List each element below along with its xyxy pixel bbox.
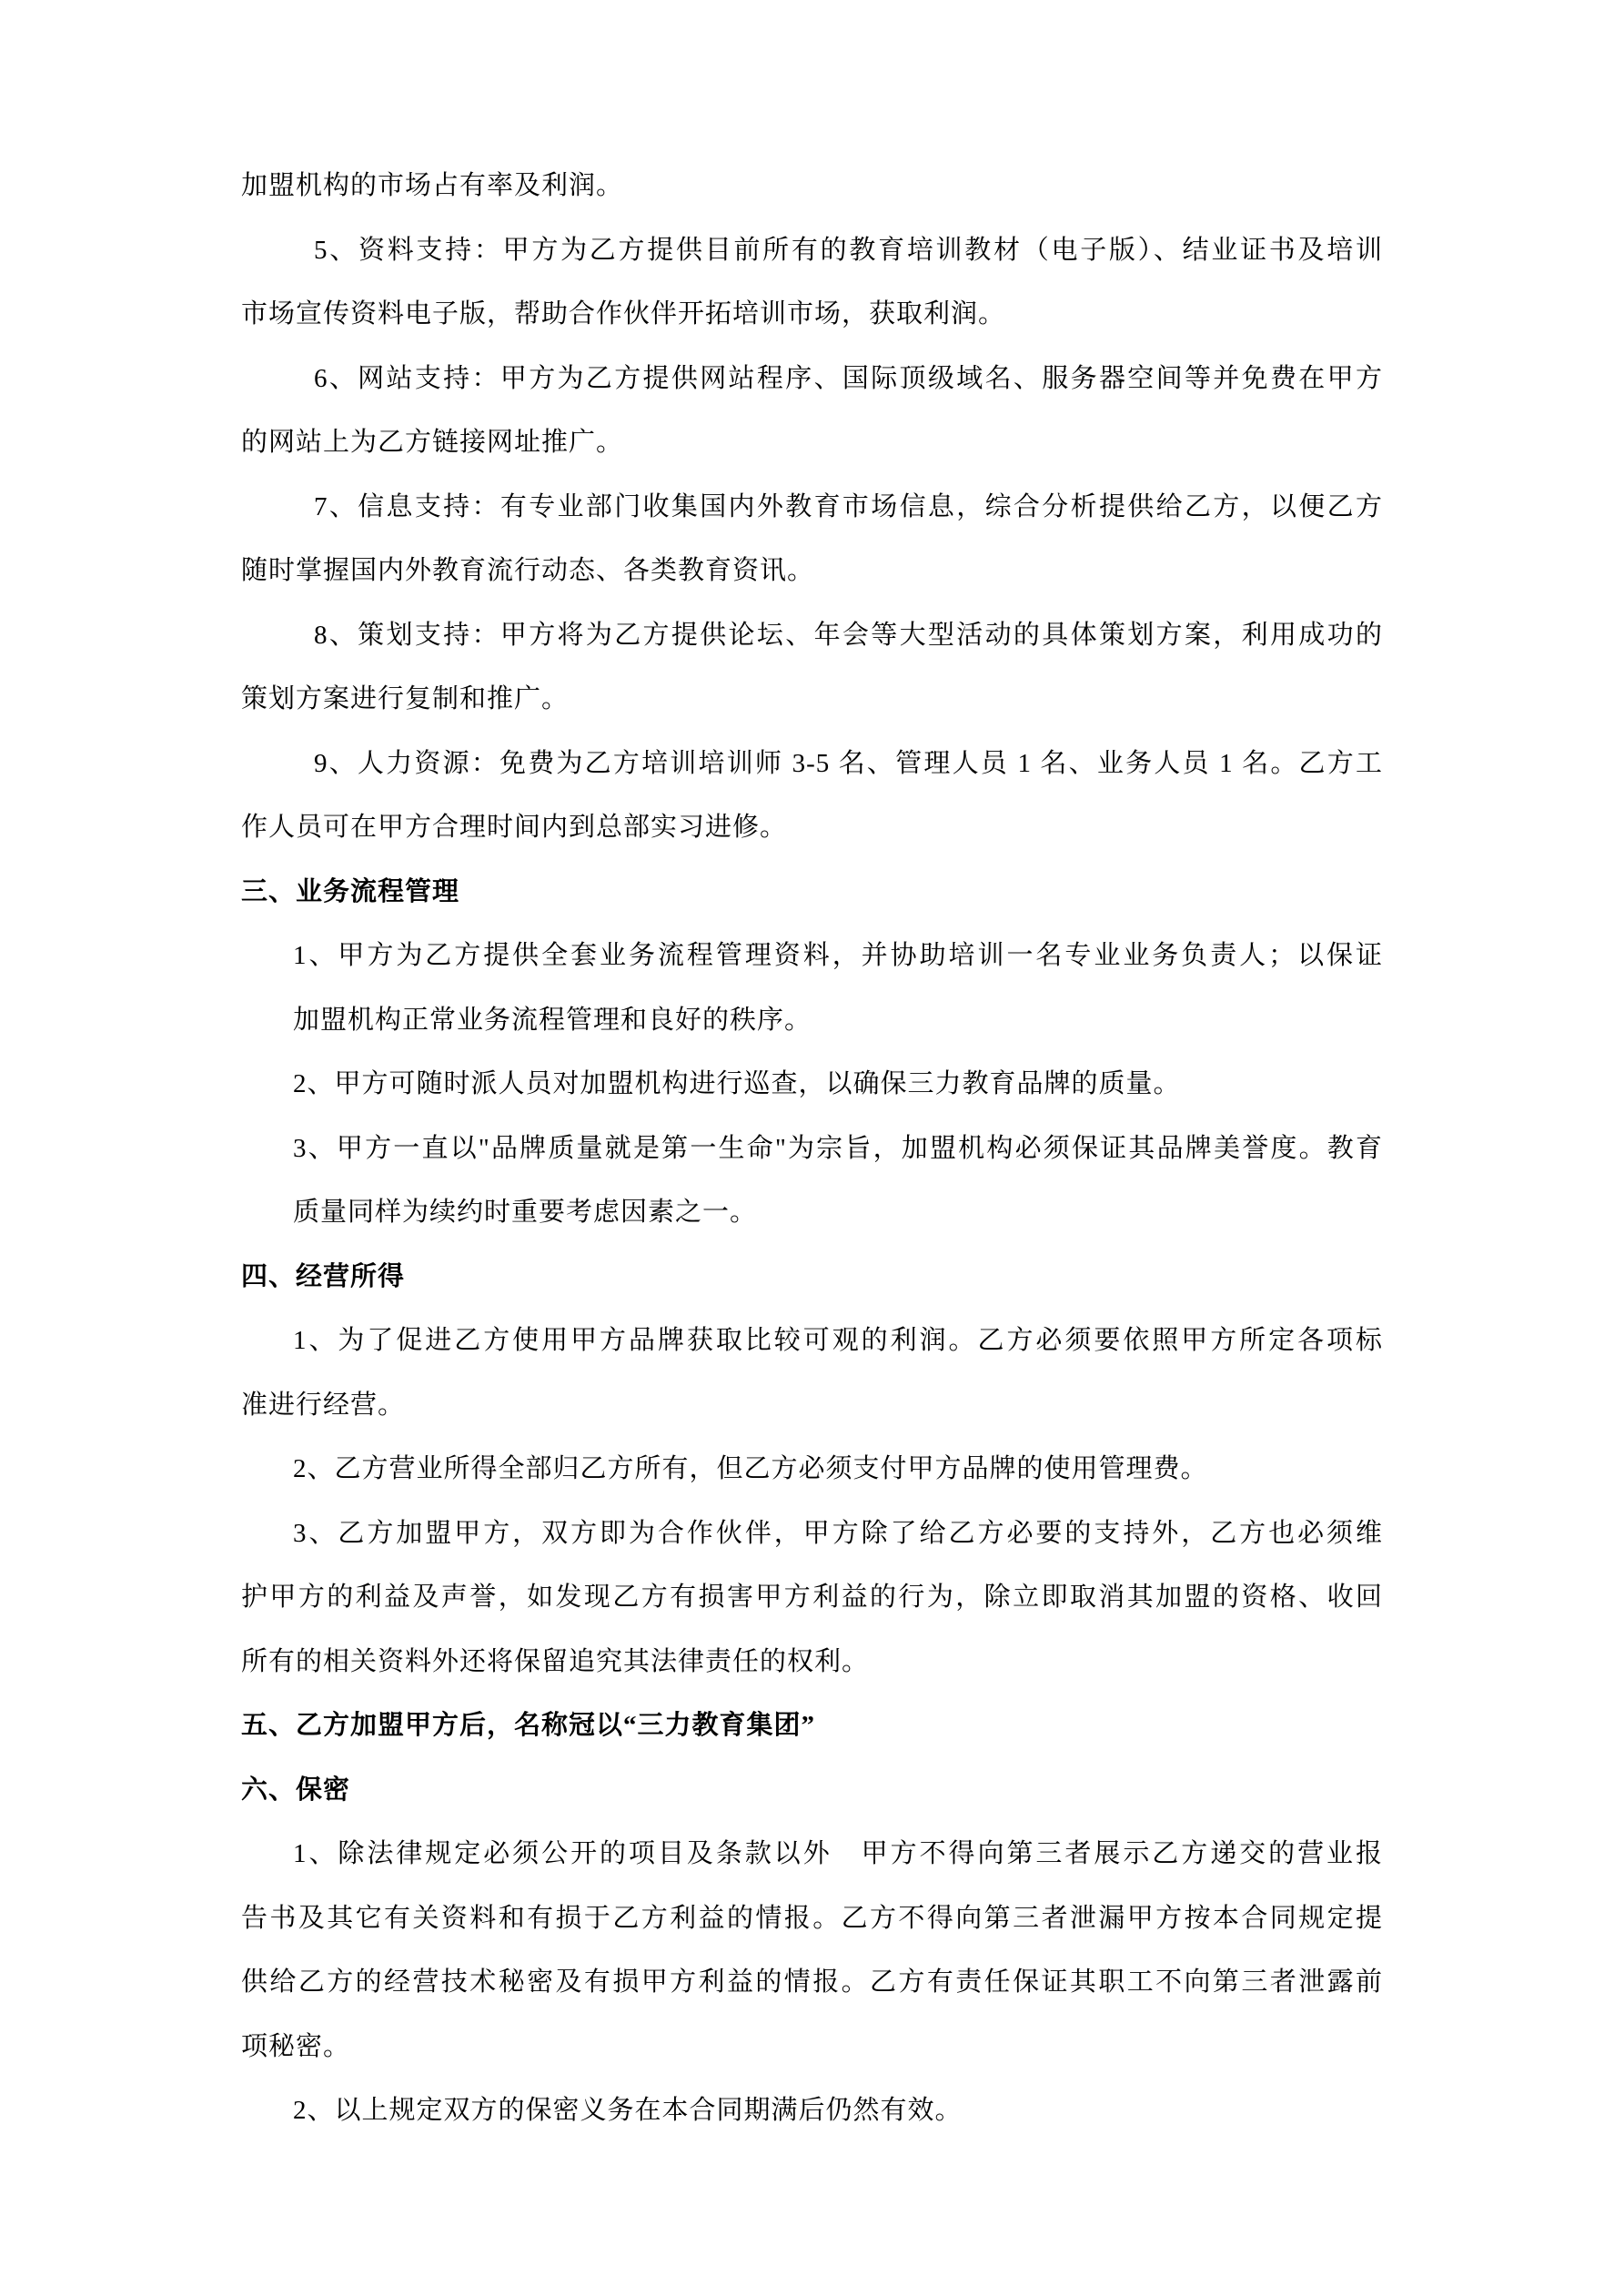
- section-heading-line: 四、经营所得: [241, 1245, 1383, 1310]
- paragraph-continuation-line: 的网站上为乙方链接网址推广。: [241, 410, 1383, 475]
- numbered-item-line: 6、网站支持：甲方为乙方提供网站程序、国际顶级域名、服务器空间等并免费在甲方: [241, 347, 1383, 411]
- paragraph-continuation-line: 随时掌握国内外教育流行动态、各类教育资讯。: [241, 539, 1383, 603]
- section-heading-line: 三、业务流程管理: [241, 860, 1383, 925]
- paragraph-continuation-line: 项秘密。: [241, 2015, 1383, 2079]
- numbered-item-line: 7、信息支持：有专业部门收集国内外教育市场信息，综合分析提供给乙方，以便乙方: [241, 475, 1383, 540]
- numbered-item-line: 2、乙方营业所得全部归乙方所有，但乙方必须支付甲方品牌的使用管理费。: [241, 1437, 1383, 1502]
- paragraph-continuation-line: 加盟机构的市场占有率及利润。: [241, 154, 1383, 218]
- section-heading-line: 六、保密: [241, 1758, 1383, 1823]
- paragraph-continuation-line: 准进行经营。: [241, 1373, 1383, 1438]
- numbered-item-line: 5、资料支持：甲方为乙方提供目前所有的教育培训教材（电子版）、结业证书及培训: [241, 218, 1383, 283]
- contract-document-page: 加盟机构的市场占有率及利润。5、资料支持：甲方为乙方提供目前所有的教育培训教材（…: [0, 0, 1624, 2296]
- numbered-item-line: 2、甲方可随时派人员对加盟机构进行巡查，以确保三力教育品牌的质量。: [241, 1052, 1383, 1117]
- section-heading-line: 五、乙方加盟甲方后，名称冠以“三力教育集团”: [241, 1694, 1383, 1758]
- contract-body-text: 加盟机构的市场占有率及利润。5、资料支持：甲方为乙方提供目前所有的教育培训教材（…: [241, 154, 1383, 2143]
- numbered-item-line: 8、策划支持：甲方将为乙方提供论坛、年会等大型活动的具体策划方案，利用成功的: [241, 603, 1383, 668]
- numbered-item-line: 1、除法律规定必须公开的项目及条款以外 甲方不得向第三者展示乙方递交的营业报: [241, 1822, 1383, 1886]
- paragraph-continuation-line: 告书及其它有关资料和有损于乙方利益的情报。乙方不得向第三者泄漏甲方按本合同规定提: [241, 1886, 1383, 1951]
- paragraph-continuation-line: 质量同样为续约时重要考虑因素之一。: [241, 1180, 1383, 1245]
- numbered-item-line: 1、为了促进乙方使用甲方品牌获取比较可观的利润。乙方必须要依照甲方所定各项标: [241, 1309, 1383, 1373]
- paragraph-continuation-line: 市场宣传资料电子版，帮助合作伙伴开拓培训市场，获取利润。: [241, 282, 1383, 347]
- numbered-item-line: 9、人力资源：免费为乙方培训培训师 3-5 名、管理人员 1 名、业务人员 1 …: [241, 732, 1383, 796]
- numbered-item-line: 3、甲方一直以"品牌质量就是第一生命"为宗旨，加盟机构必须保证其品牌美誉度。教育: [241, 1117, 1383, 1181]
- paragraph-continuation-line: 加盟机构正常业务流程管理和良好的秩序。: [241, 988, 1383, 1053]
- numbered-item-line: 2、以上规定双方的保密义务在本合同期满后仍然有效。: [241, 2079, 1383, 2143]
- numbered-item-line: 1、甲方为乙方提供全套业务流程管理资料，并协助培训一名专业业务负责人；以保证: [241, 924, 1383, 988]
- paragraph-continuation-line: 策划方案进行复制和推广。: [241, 667, 1383, 732]
- paragraph-continuation-line: 作人员可在甲方合理时间内到总部实习进修。: [241, 795, 1383, 860]
- numbered-item-line: 3、乙方加盟甲方，双方即为合作伙伴，甲方除了给乙方必要的支持外，乙方也必须维: [241, 1502, 1383, 1566]
- paragraph-continuation-line: 护甲方的利益及声誉，如发现乙方有损害甲方利益的行为，除立即取消其加盟的资格、收回: [241, 1565, 1383, 1630]
- paragraph-continuation-line: 所有的相关资料外还将保留追究其法律责任的权利。: [241, 1630, 1383, 1694]
- paragraph-continuation-line: 供给乙方的经营技术秘密及有损甲方利益的情报。乙方有责任保证其职工不向第三者泄露前: [241, 1950, 1383, 2015]
